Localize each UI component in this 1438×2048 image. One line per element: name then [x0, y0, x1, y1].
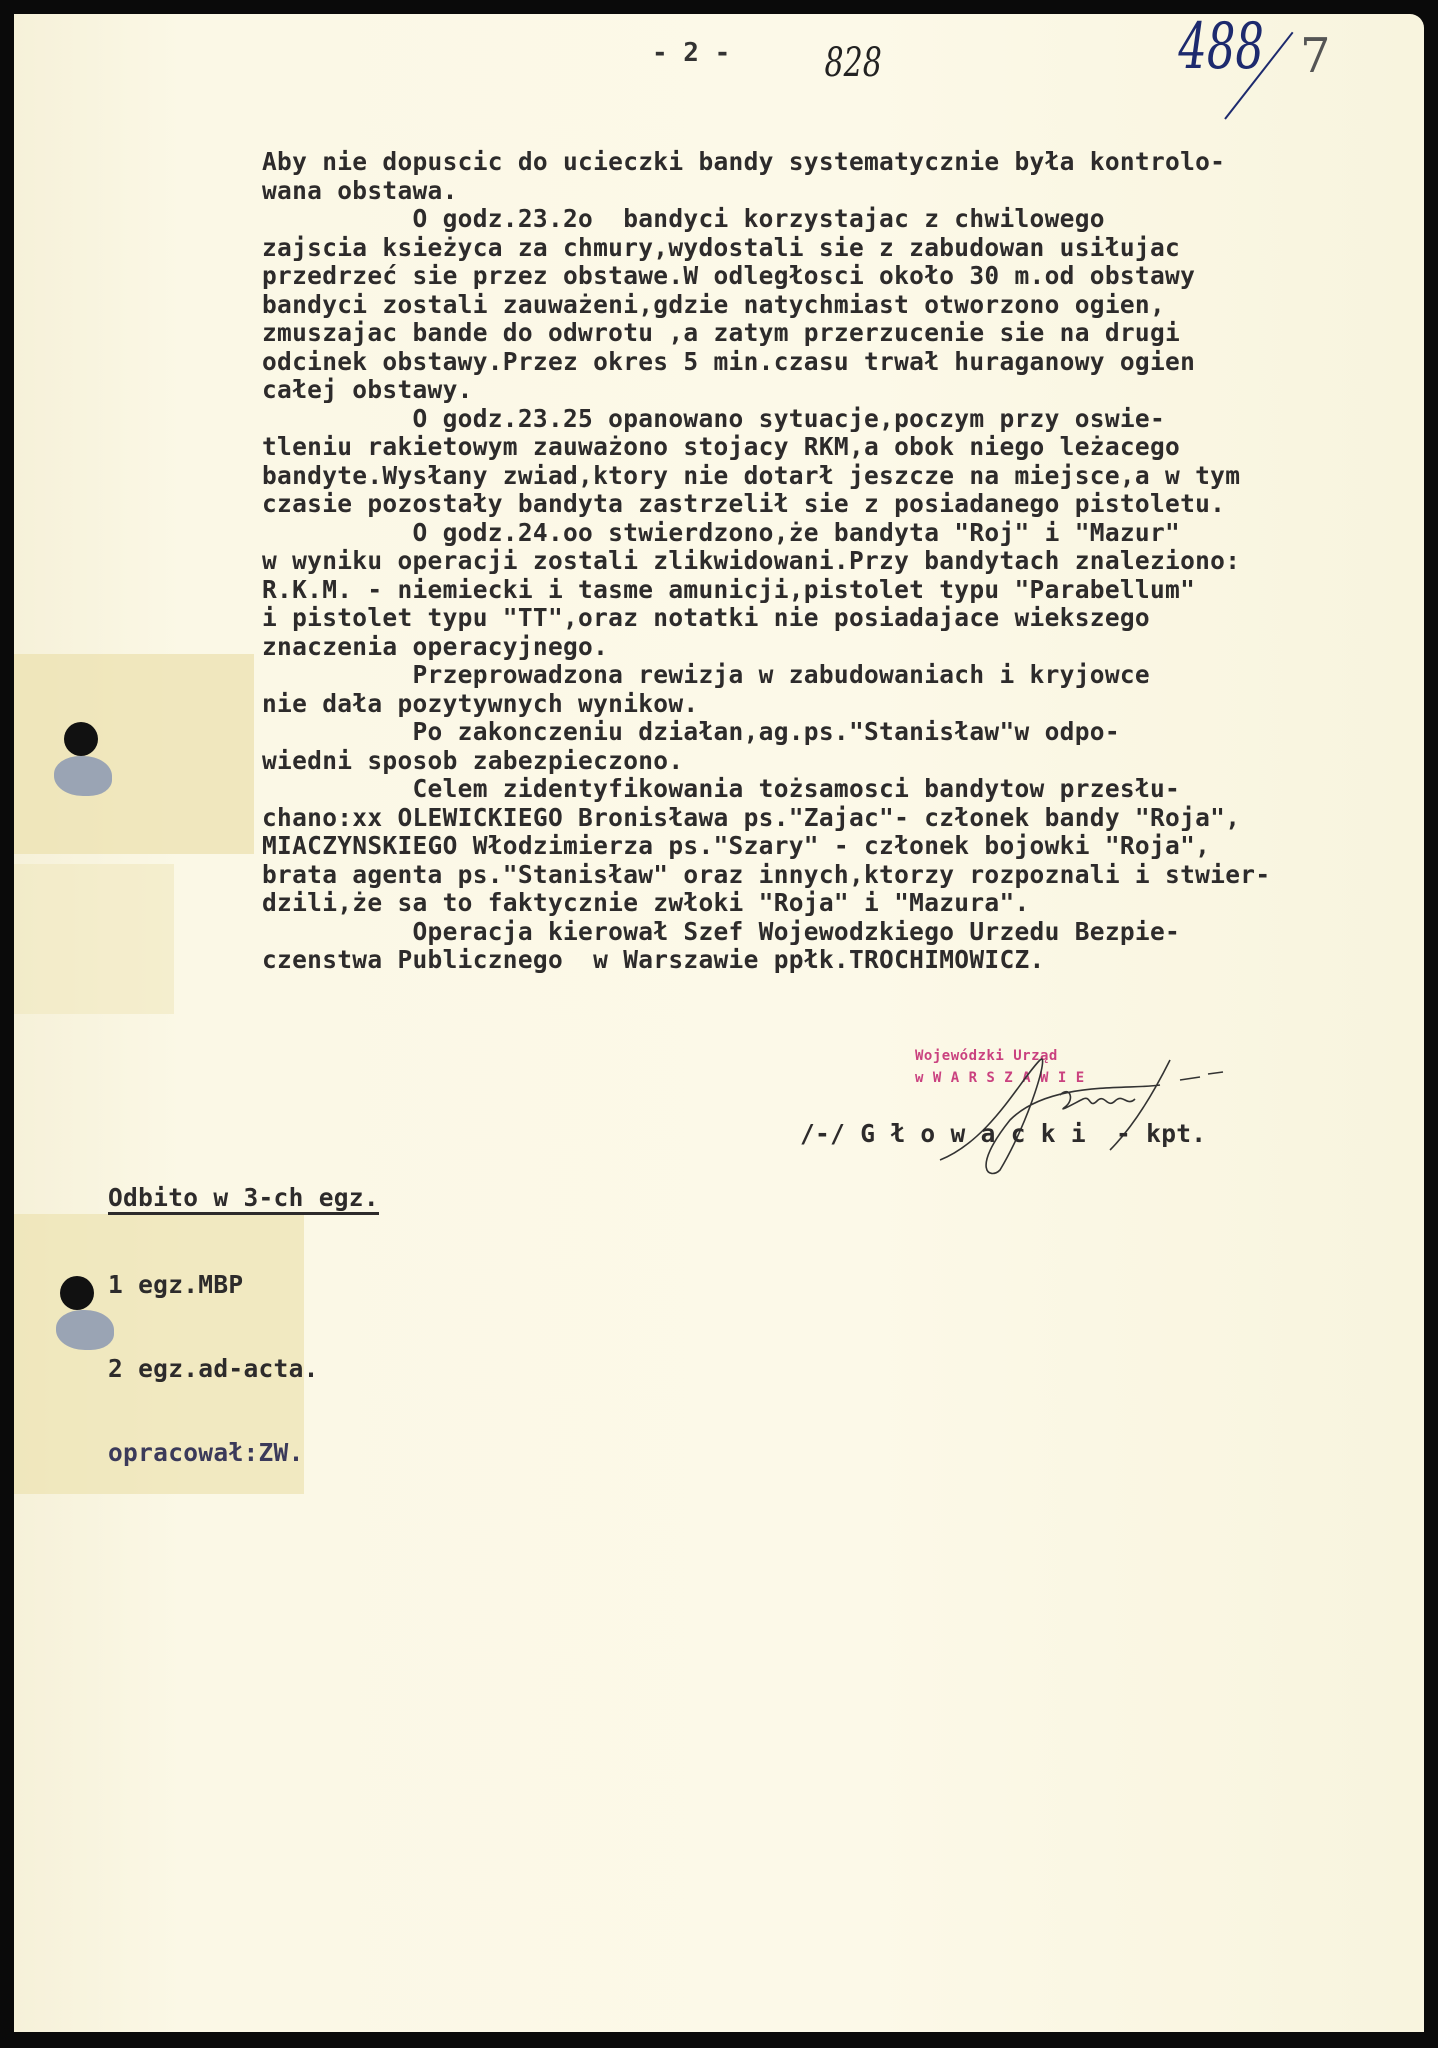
stain [56, 1310, 114, 1350]
body-line: O godz.24.oo stwierdzono,że bandyta "Roj… [262, 519, 1270, 548]
body-line: brata agenta ps."Stanisław" oraz innych,… [262, 861, 1270, 890]
body-line: w wyniku operacji zostali zlikwidowani.P… [262, 547, 1270, 576]
copy-2: 2 egz.ad-acta. [108, 1355, 379, 1383]
body-line: Operacja kierował Szef Wojewodzkiego Urz… [262, 918, 1270, 947]
handwritten-signature [930, 1040, 1250, 1180]
punch-hole [64, 722, 98, 756]
body-line: odcinek obstawy.Przez okres 5 min.czasu … [262, 348, 1270, 377]
body-line: Po zakonczeniu działan,ag.ps."Stanisław"… [262, 718, 1270, 747]
body-line: bandyci zostali zauważeni,gdzie natychmi… [262, 291, 1270, 320]
body-line: znaczenia operacyjnego. [262, 633, 1270, 662]
archive-subnumber: 7 [1300, 28, 1331, 84]
body-line: Aby nie dopuscic do ucieczki bandy syste… [262, 148, 1270, 177]
body-line: R.K.M. - niemiecki i tasme amunicji,pist… [262, 576, 1270, 605]
body-line: zmuszajac bande do odwrotu ,a zatym prze… [262, 319, 1270, 348]
body-line: bandyte.Wysłany zwiad,ktory nie dotarł j… [262, 462, 1270, 491]
body-line: czasie pozostały bandyta zastrzelił sie … [262, 490, 1270, 519]
body-line: O godz.23.25 opanowano sytuacje,poczym p… [262, 405, 1270, 434]
body-line: przedrzeć sie przez obstawe.W odległosci… [262, 262, 1270, 291]
prepared-by: opracował:ZW. [108, 1439, 379, 1467]
body-line: całej obstawy. [262, 376, 1270, 405]
archive-number: 488 [1178, 10, 1264, 84]
body-line: O godz.23.2o bandyci korzystajac z chwil… [262, 205, 1270, 234]
stain [54, 756, 112, 796]
page-number: - 2 - [652, 38, 730, 68]
body-line: wiedni sposob zabezpieczono. [262, 747, 1270, 776]
body-line: dzili,że sa to faktycznie zwłoki "Roja" … [262, 889, 1270, 918]
body-line: Przeprowadzona rewizja w zabudowaniach i… [262, 661, 1270, 690]
distribution-footer: Odbito w 3-ch egz. 1 egz.MBP 2 egz.ad-ac… [108, 1128, 379, 1495]
handwritten-number: 828 [825, 40, 882, 86]
body-line: wana obstawa. [262, 177, 1270, 206]
body-line: tleniu rakietowym zauważono stojacy RKM,… [262, 433, 1270, 462]
signoff: /-/ G ł o w a c k i - kpt. [800, 1120, 1206, 1149]
copies-note: Odbito w 3-ch egz. [108, 1184, 379, 1215]
tape-strip [14, 654, 254, 854]
punch-hole [60, 1276, 94, 1310]
body-line: Celem zidentyfikowania tożsamosci bandyt… [262, 775, 1270, 804]
document-body: Aby nie dopuscic do ucieczki bandy syste… [262, 148, 1270, 975]
body-line: czenstwa Publicznego w Warszawie ppłk.TR… [262, 946, 1270, 975]
copy-1: 1 egz.MBP [108, 1271, 379, 1299]
tape-strip [14, 864, 174, 1014]
body-line: chano:xx OLEWICKIEGO Bronisława ps."Zaja… [262, 804, 1270, 833]
body-line: zajscia ksieżyca za chmury,wydostali sie… [262, 234, 1270, 263]
body-line: nie dała pozytywnych wynikow. [262, 690, 1270, 719]
body-line: i pistolet typu "TT",oraz notatki nie po… [262, 604, 1270, 633]
body-line: MIACZYNSKIEGO Włodzimierza ps."Szary" - … [262, 832, 1270, 861]
